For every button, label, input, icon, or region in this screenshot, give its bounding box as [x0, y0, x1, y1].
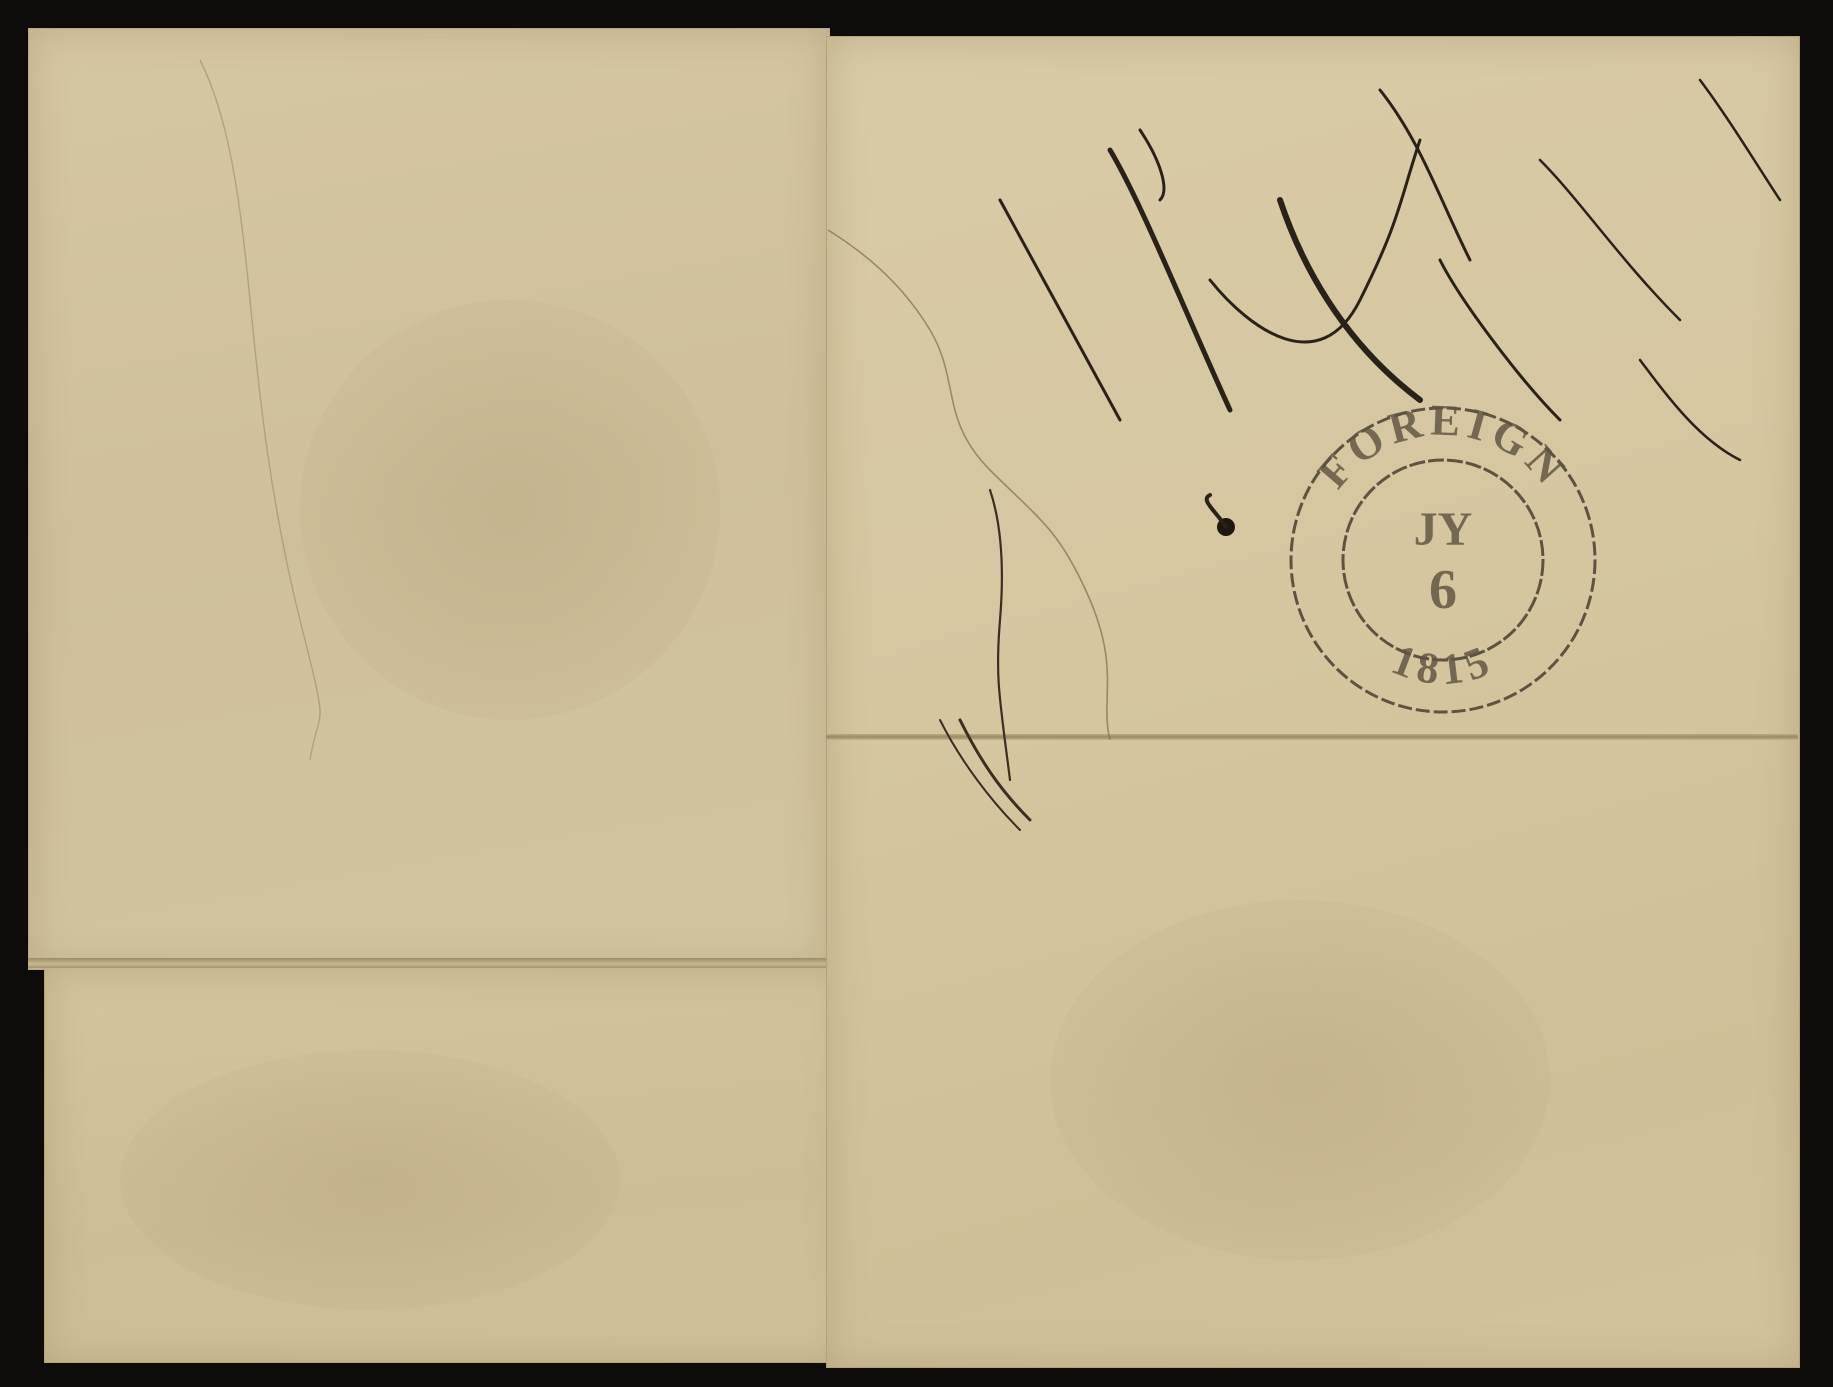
paper-stain [120, 1050, 620, 1310]
fold-seam [28, 958, 844, 968]
address-line: Anto [0, 0, 1, 1]
paper-stain [300, 300, 720, 720]
paper-stain [1050, 900, 1550, 1260]
horizontal-fold-crease [826, 734, 1798, 740]
address-transcription: Anto Hamb Lury Hamb Preciso [0, 0, 1, 1]
